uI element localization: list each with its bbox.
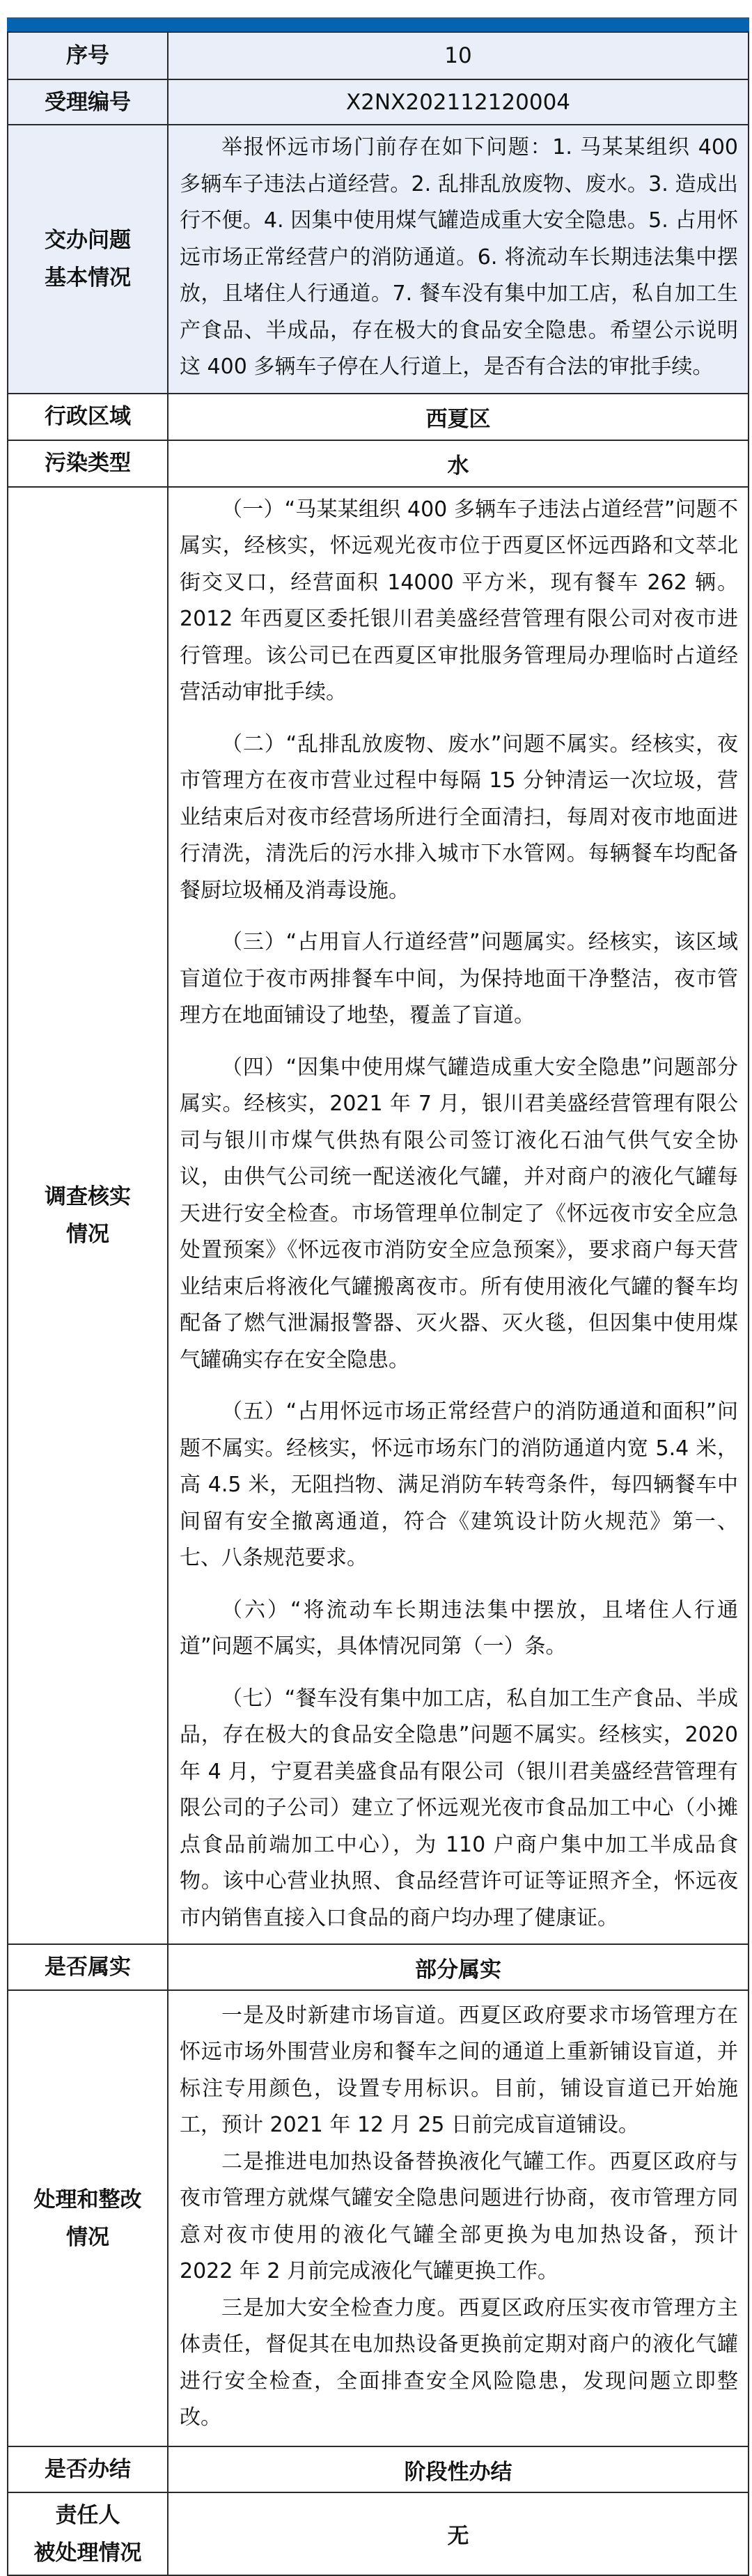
- rectification-label: 处理和整改 情况: [8, 1990, 168, 2446]
- row-investigation: 调查核实 情况 （一）“马某某组织 400 多辆车子违法占道经营”问题不属实，经…: [8, 487, 749, 1945]
- measure-3: 三是加大安全检查力度。西夏区政府压实夜市管理方主体责任，督促其在电加热设备更换前…: [180, 2290, 738, 2437]
- header-bar: [7, 17, 749, 31]
- row-serial: 序号 10: [8, 32, 749, 79]
- issue-summary-label: 交办问题 基本情况: [8, 125, 168, 394]
- measure-2: 二是推进电加热设备替换液化气罐工作。西夏区政府与夜市管理方就煤气罐安全隐患问题进…: [180, 2144, 738, 2290]
- finding-7: （七）“餐车没有集中加工店，私自加工生产食品、半成品，存在极大的食品安全隐患”问…: [180, 1681, 738, 1937]
- row-case-number: 受理编号 X2NX202112120004: [8, 79, 749, 125]
- accountability-value: 无: [168, 2492, 749, 2575]
- closed-label: 是否办结: [8, 2446, 168, 2492]
- finding-3: （三）“占用盲人行道经营”问题属实。经核实，该区域盲道位于夜市两排餐车中间，为保…: [180, 924, 738, 1034]
- row-pollution-type: 污染类型 水: [8, 440, 749, 487]
- issue-summary-text: 举报怀远市场门前存在如下问题：1. 马某某组织 400 多辆车子违法占道经营。2…: [168, 125, 749, 394]
- row-rectification: 处理和整改 情况 一是及时新建市场盲道。西夏区政府要求市场管理方在怀远市场外围营…: [8, 1990, 749, 2446]
- case-table: 序号 10 受理编号 X2NX202112120004 交办问题 基本情况 举报…: [7, 31, 749, 2576]
- case-number-value: X2NX202112120004: [168, 79, 749, 125]
- district-value: 西夏区: [168, 394, 749, 440]
- row-district: 行政区域 西夏区: [8, 394, 749, 440]
- finding-4: （四）“因集中使用煤气罐造成重大安全隐患”问题部分属实。经核实，2021 年 7…: [180, 1050, 738, 1379]
- case-record-sheet: 序号 10 受理编号 X2NX202112120004 交办问题 基本情况 举报…: [7, 17, 749, 2576]
- case-number-label: 受理编号: [8, 79, 168, 125]
- pollution-type-value: 水: [168, 440, 749, 487]
- finding-6: （六）“将流动车长期违法集中摆放，且堵住人行通道”问题不属实，具体情况同第（一）…: [180, 1592, 738, 1666]
- measure-1: 一是及时新建市场盲道。西夏区政府要求市场管理方在怀远市场外围营业房和餐车之间的通…: [180, 1998, 738, 2144]
- row-issue-summary: 交办问题 基本情况 举报怀远市场门前存在如下问题：1. 马某某组织 400 多辆…: [8, 125, 749, 394]
- finding-5: （五）“占用怀远市场正常经营户的消防通道和面积”问题不属实。经核实，怀远市场东门…: [180, 1394, 738, 1577]
- pollution-type-label: 污染类型: [8, 440, 168, 487]
- row-closed: 是否办结 阶段性办结: [8, 2446, 749, 2492]
- finding-1: （一）“马某某组织 400 多辆车子违法占道经营”问题不属实，经核实，怀远观光夜…: [180, 492, 738, 711]
- verified-value: 部分属实: [168, 1944, 749, 1990]
- investigation-text: （一）“马某某组织 400 多辆车子违法占道经营”问题不属实，经核实，怀远观光夜…: [168, 487, 749, 1945]
- rectification-text: 一是及时新建市场盲道。西夏区政府要求市场管理方在怀远市场外围营业房和餐车之间的通…: [168, 1990, 749, 2446]
- verified-label: 是否属实: [8, 1944, 168, 1990]
- investigation-label: 调查核实 情况: [8, 487, 168, 1945]
- district-label: 行政区域: [8, 394, 168, 440]
- row-accountability: 责任人 被处理情况 无: [8, 2492, 749, 2575]
- finding-2: （二）“乱排乱放废物、废水”问题不属实。经核实，夜市管理方在夜市营业过程中每隔 …: [180, 727, 738, 910]
- row-verified: 是否属实 部分属实: [8, 1944, 749, 1990]
- accountability-label: 责任人 被处理情况: [8, 2492, 168, 2575]
- closed-value: 阶段性办结: [168, 2446, 749, 2492]
- serial-value: 10: [168, 32, 749, 79]
- serial-label: 序号: [8, 32, 168, 79]
